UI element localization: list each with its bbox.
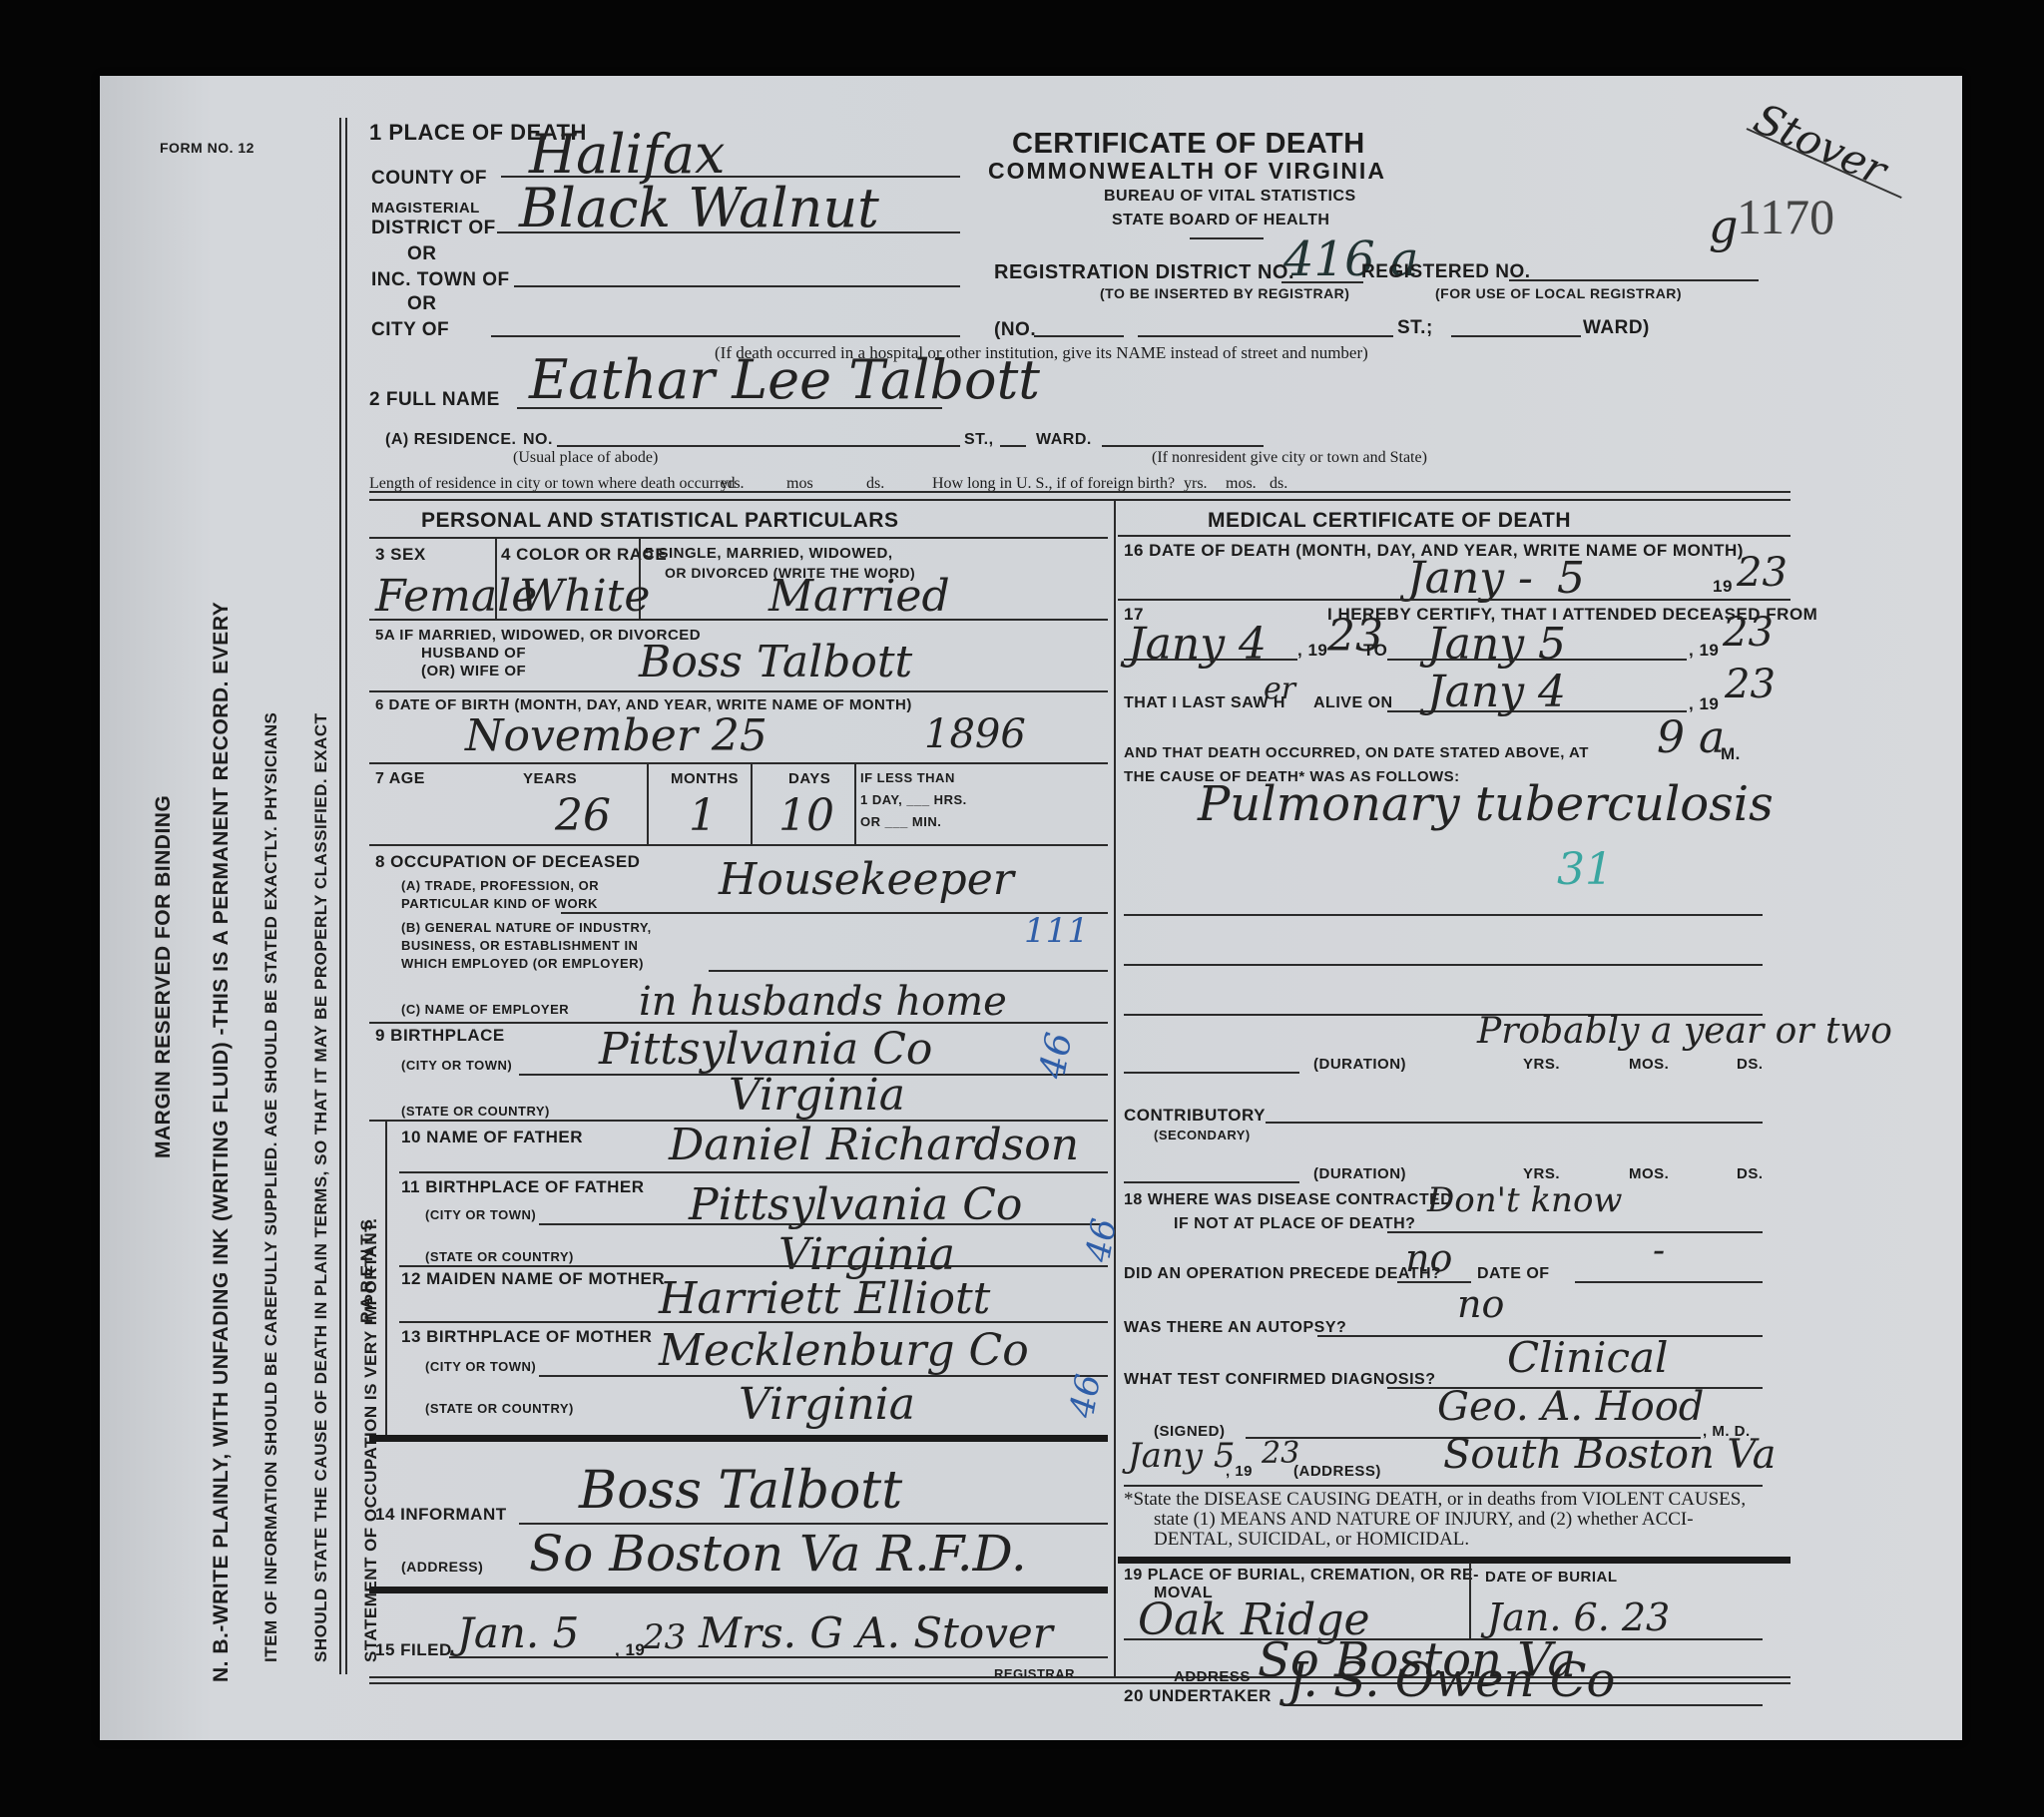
age-days-value: 10	[778, 794, 834, 838]
secondary-label: (SECONDARY)	[1154, 1128, 1251, 1142]
certificate-number-stamp: 1170	[1737, 188, 1834, 245]
birth-state-value: Virginia	[729, 1074, 905, 1118]
mother-birthplace-label: 13 BIRTHPLACE OF MOTHER	[401, 1327, 652, 1347]
race-label: 4 COLOR OR RACE	[501, 545, 667, 565]
city-town-label: (CITY OR TOWN)	[425, 1207, 536, 1222]
operation-date-value: -	[1653, 1233, 1665, 1269]
mother-birth-state-value: Virginia	[739, 1383, 915, 1427]
duration-mos-label: MOS.	[1629, 1056, 1669, 1073]
registered-number-label: REGISTERED NO.	[1361, 261, 1531, 283]
undertaker-address-value: So Boston Va	[1258, 1636, 1576, 1684]
occupation-code: 111	[1024, 914, 1089, 948]
year-prefix: , 19	[1689, 694, 1719, 714]
birth-city-value: Pittsylvania Co	[599, 1028, 932, 1072]
father-birthplace-label: 11 BIRTHPLACE OF FATHER	[401, 1177, 645, 1197]
test-value: Clinical	[1507, 1337, 1668, 1379]
occupation-value: Housekeeper	[719, 858, 1014, 902]
time-suffix: M.	[1721, 744, 1741, 764]
ward-label: WARD)	[1583, 317, 1650, 339]
death-day-value: 5	[1557, 557, 1585, 601]
instruction-line-3: SHOULD STATE THE CAUSE OF DEATH IN PLAIN…	[311, 713, 331, 1662]
occupation-a-label-2: PARTICULAR KIND OF WORK	[401, 896, 598, 911]
contracted-label-1: 18 WHERE WAS DISEASE CONTRACTED	[1124, 1191, 1452, 1209]
cause-code: 31	[1557, 848, 1613, 892]
physician-address-label: (ADDRESS)	[1293, 1463, 1381, 1480]
full-name-value: Eathar Lee Talbott	[529, 353, 1040, 407]
filed-date-value: Jan. 5	[457, 1612, 579, 1654]
district-label-2: DISTRICT OF	[371, 218, 496, 239]
commonwealth-title: COMMONWEALTH OF VIRGINIA	[988, 158, 1386, 185]
footnote-line-1: *State the DISEASE CAUSING DEATH, or in …	[1124, 1489, 1746, 1511]
informant-address-value: So Boston Va R.F.D.	[529, 1529, 1027, 1579]
parents-label: PARENTS	[357, 1215, 377, 1323]
contracted-value: Don't know	[1427, 1183, 1623, 1217]
age-months-value: 1	[689, 794, 717, 838]
duration-value: Probably a year or two	[1477, 1014, 1892, 1050]
or-label: OR	[407, 243, 437, 265]
less-than-label: IF LESS THAN	[860, 770, 955, 785]
death-month-value: Jany -	[1407, 557, 1533, 601]
last-saw-label: THAT I LAST SAW H	[1124, 694, 1285, 712]
min-label: OR ___ MIN.	[860, 814, 941, 829]
city-town-label: (CITY OR TOWN)	[425, 1359, 536, 1374]
registrar-label: REGISTRAR	[994, 1666, 1075, 1681]
medical-section-title: MEDICAL CERTIFICATE OF DEATH	[1208, 509, 1571, 533]
father-birth-state-value: Virginia	[778, 1233, 955, 1277]
father-name-value: Daniel Richardson	[669, 1124, 1079, 1167]
signed-year-prefix: , 19	[1226, 1463, 1253, 1480]
to-label: TO	[1363, 641, 1387, 661]
nonresident-note: (If nonresident give city or town and St…	[1152, 449, 1427, 467]
district-label-1: MAGISTERIAL	[371, 200, 480, 217]
street-label: ST.;	[1397, 317, 1433, 339]
months-label: MONTHS	[671, 770, 739, 787]
date-of-birth-value: November 25	[465, 714, 767, 758]
filed-label: 15 FILED	[375, 1640, 452, 1660]
contracted-label-2: IF NOT AT PLACE OF DEATH?	[1174, 1215, 1415, 1233]
undertaker-address-label: ADDRESS	[1174, 1668, 1251, 1685]
burial-date-value: Jan. 6. 23	[1487, 1598, 1670, 1636]
spouse-label-3: (OR) WIFE OF	[421, 663, 526, 680]
birth-code: 46	[1035, 1030, 1078, 1081]
mother-birth-code: 46	[1065, 1372, 1106, 1421]
binding-margin-note: MARGIN RESERVED FOR BINDING	[152, 795, 176, 1158]
occupation-label: 8 OCCUPATION OF DECEASED	[375, 852, 640, 872]
bureau-label: BUREAU OF VITAL STATISTICS	[1104, 188, 1356, 206]
spouse-value: Boss Talbott	[639, 641, 912, 684]
contributory-label: CONTRIBUTORY	[1124, 1106, 1266, 1126]
attended-to-year: 23	[1723, 613, 1774, 653]
full-name-label: 2 FULL NAME	[369, 389, 500, 411]
residence-st-label: ST.,	[964, 431, 994, 449]
birthplace-label: 9 BIRTHPLACE	[375, 1026, 505, 1046]
marital-label-1: 5 SINGLE, MARRIED, WIDOWED,	[645, 545, 893, 562]
duration-mos-label: MOS.	[1629, 1165, 1669, 1182]
father-birth-city-value: Pittsylvania Co	[689, 1183, 1022, 1227]
registered-number-note: (FOR USE OF LOCAL REGISTRAR)	[1435, 285, 1682, 301]
last-saw-date-value: Jany 4	[1427, 671, 1566, 714]
operation-date-label: DATE OF	[1477, 1265, 1550, 1283]
personal-section-title: PERSONAL AND STATISTICAL PARTICULARS	[421, 509, 898, 533]
instruction-line-1: N. B.-WRITE PLAINLY, WITH UNFADING INK (…	[210, 602, 234, 1682]
autopsy-value: no	[1457, 1285, 1504, 1323]
year-prefix: , 19	[1297, 641, 1327, 661]
state-country-label: (STATE OR COUNTRY)	[401, 1104, 550, 1119]
last-saw-pronoun: er	[1264, 675, 1295, 704]
age-years-value: 26	[555, 794, 611, 838]
corner-annotation: Stover	[1748, 97, 1892, 192]
informant-label: 14 INFORMANT	[375, 1505, 507, 1525]
operation-label: DID AN OPERATION PRECEDE DEATH?	[1124, 1265, 1441, 1283]
burial-place-label-1: 19 PLACE OF BURIAL, CREMATION, OR RE-	[1124, 1567, 1479, 1585]
death-certificate: FORM NO. 12 MARGIN RESERVED FOR BINDING …	[100, 76, 1962, 1740]
county-value: Halifax	[529, 128, 725, 182]
city-town-label: (CITY OR TOWN)	[401, 1058, 512, 1073]
death-year-value: 23	[1737, 553, 1788, 593]
occupation-b-label-2: BUSINESS, OR ESTABLISHMENT IN	[401, 938, 638, 953]
physician-signature: Geo. A. Hood	[1437, 1387, 1704, 1427]
street-no-label: (NO.	[994, 319, 1036, 341]
sex-value: Female	[375, 575, 537, 619]
or-label: OR	[407, 293, 437, 315]
footnote-line-3: DENTAL, SUICIDAL, or HOMICIDAL.	[1154, 1529, 1469, 1551]
birth-year-value: 1896	[924, 714, 1026, 754]
state-country-label: (STATE OR COUNTRY)	[425, 1401, 574, 1416]
time-of-death-value: 9 a	[1657, 716, 1725, 760]
certificate-title: CERTIFICATE OF DEATH	[1012, 128, 1365, 161]
death-year-prefix: 19	[1713, 577, 1733, 597]
signed-date-value: Jany 5	[1128, 1439, 1235, 1473]
age-label: 7 AGE	[375, 770, 425, 788]
race-value: White	[519, 575, 650, 619]
filed-year-value: 23	[643, 1620, 686, 1654]
days-label: DAYS	[788, 770, 830, 787]
spouse-label-2: HUSBAND OF	[421, 645, 526, 662]
form-number: FORM NO. 12	[160, 140, 255, 156]
registration-district-label: REGISTRATION DISTRICT NO.	[994, 261, 1294, 284]
years-label: YEARS	[523, 770, 577, 787]
mother-label: 12 MAIDEN NAME OF MOTHER	[401, 1269, 665, 1289]
registrar-value: Mrs. G A. Stover	[699, 1612, 1053, 1654]
usual-abode-note: (Usual place of abode)	[513, 449, 658, 467]
mother-birth-city-value: Mecklenburg Co	[659, 1329, 1029, 1373]
occupation-b-label-1: (B) GENERAL NATURE OF INDUSTRY,	[401, 920, 652, 935]
address-label: (ADDRESS)	[401, 1559, 483, 1575]
instruction-line-2: ITEM OF INFORMATION SHOULD BE CAREFULLY …	[261, 712, 281, 1662]
father-label: 10 NAME OF FATHER	[401, 1128, 583, 1147]
last-saw-year: 23	[1725, 665, 1776, 704]
marital-status-value: Married	[768, 575, 950, 619]
hrs-label: 1 DAY, ___ HRS.	[860, 792, 967, 807]
autopsy-label: WAS THERE AN AUTOPSY?	[1124, 1319, 1346, 1337]
residence-no-label: NO.	[523, 431, 553, 449]
time-of-death-label: AND THAT DEATH OCCURRED, ON DATE STATED …	[1124, 744, 1589, 761]
town-label: INC. TOWN OF	[371, 269, 510, 291]
registration-district-note: (TO BE INSERTED BY REGISTRAR)	[1100, 285, 1349, 301]
operation-value: no	[1405, 1239, 1452, 1277]
burial-date-label: DATE OF BURIAL	[1485, 1569, 1618, 1586]
duration-yrs-label: YRS.	[1523, 1056, 1560, 1073]
employer-label: (C) NAME OF EMPLOYER	[401, 1002, 569, 1017]
city-label: CITY OF	[371, 319, 449, 341]
occupation-a-label-1: (A) TRADE, PROFESSION, OR	[401, 878, 599, 893]
residence-ward-label: WARD.	[1036, 431, 1092, 449]
stamp-prefix: g	[1709, 204, 1738, 249]
employer-value: in husbands home	[639, 982, 1007, 1022]
county-label: COUNTY OF	[371, 168, 487, 190]
informant-value: Boss Talbott	[579, 1465, 902, 1517]
footnote-line-2: state (1) MEANS AND NATURE OF INJURY, an…	[1154, 1509, 1694, 1531]
cause-of-death-value: Pulmonary tuberculosis	[1198, 780, 1774, 828]
duration-ds-label: DS.	[1737, 1056, 1764, 1073]
margin-divider	[339, 118, 341, 1674]
state-country-label: (STATE OR COUNTRY)	[425, 1249, 574, 1264]
board-label: STATE BOARD OF HEALTH	[1112, 212, 1329, 229]
year-prefix: , 19	[1689, 641, 1719, 661]
father-birth-code: 46	[1081, 1216, 1122, 1265]
duration-label: (DURATION)	[1313, 1056, 1406, 1073]
undertaker-label: 20 UNDERTAKER	[1124, 1686, 1272, 1706]
occupation-b-label-3: WHICH EMPLOYED (OR EMPLOYER)	[401, 956, 644, 971]
physician-address-value: South Boston Va	[1443, 1435, 1777, 1475]
duration-ds-label: DS.	[1737, 1165, 1764, 1182]
margin-divider-2	[345, 118, 347, 1674]
alive-on-label: ALIVE ON	[1313, 694, 1393, 712]
district-value: Black Walnut	[519, 182, 879, 235]
sex-label: 3 SEX	[375, 545, 426, 565]
mother-name-value: Harriett Elliott	[659, 1277, 990, 1321]
residence-label: (A) RESIDENCE.	[385, 431, 516, 449]
column-divider	[1114, 499, 1116, 1676]
duration-label: (DURATION)	[1313, 1165, 1406, 1182]
